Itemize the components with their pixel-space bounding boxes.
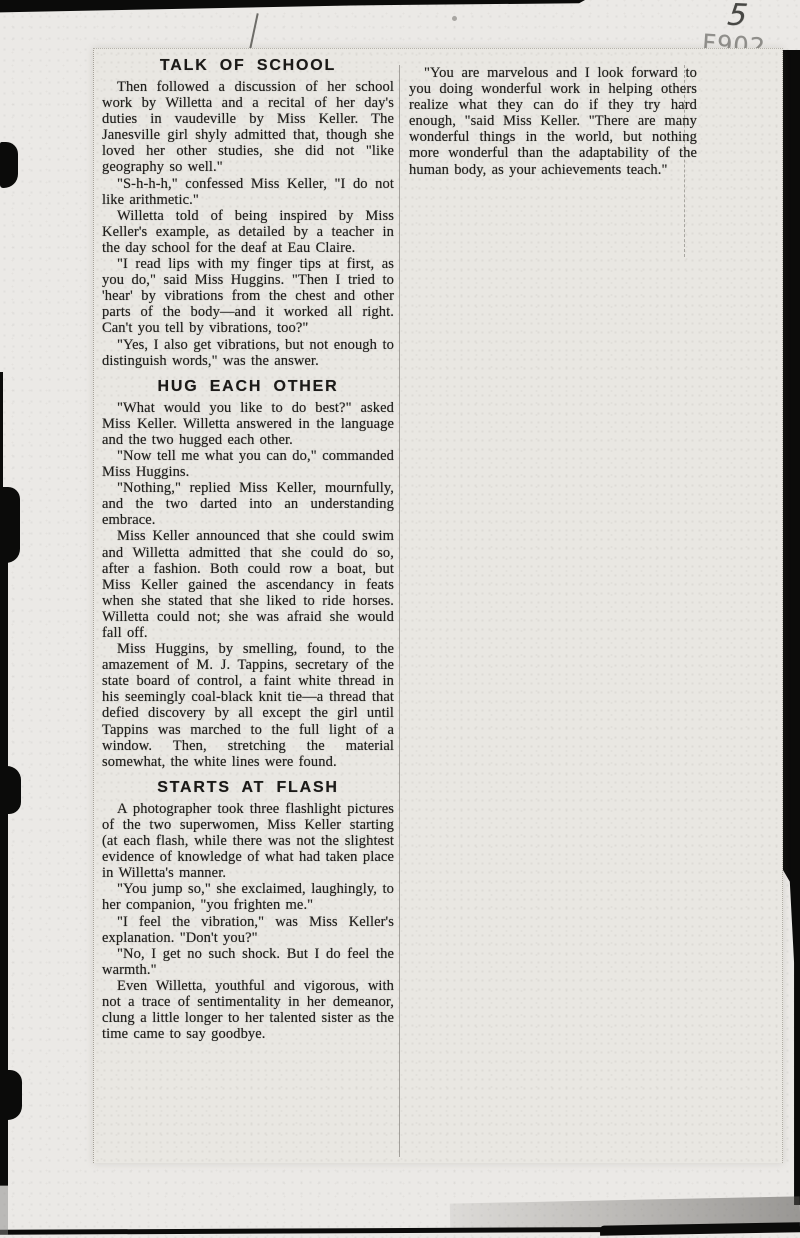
article-paragraph: "Yes, I also get vibrations, but not eno… — [102, 337, 394, 369]
scan-blob-left-2 — [0, 487, 20, 563]
scan-edge-left-strip-fade — [0, 1185, 8, 1235]
pen-slash-mark — [249, 13, 258, 49]
article-paragraph: "No, I get no such shock. But I do feel … — [102, 946, 394, 978]
article-paragraph: A photographer took three flashlight pic… — [102, 801, 394, 881]
article-paragraph: "Now tell me what you can do," commanded… — [102, 448, 394, 480]
scan-edge-bottom-line-thick — [600, 1222, 800, 1235]
article-paragraph: "You are marvelous and I look forward to… — [409, 65, 697, 178]
article-paragraph: "You jump so," she exclaimed, laughingly… — [102, 881, 394, 913]
section-heading-starts-at-flash: STARTS AT FLASH — [102, 779, 394, 797]
scan-blob-left-1 — [0, 142, 18, 188]
scanned-document-page: 5 F902 3HU 8 TALK OF SCHOOL Then followe… — [0, 0, 800, 1238]
article-right-column: "You are marvelous and I look forward to… — [399, 65, 697, 1157]
section-heading-hug-each-other: HUG EACH OTHER — [102, 378, 394, 396]
scan-edge-right-strip — [783, 50, 800, 1205]
article-paragraph: Then followed a discussion of her school… — [102, 79, 394, 176]
article-paragraph: "Nothing," replied Miss Keller, mournful… — [102, 480, 394, 528]
article-paragraph: Willetta told of being inspired by Miss … — [102, 208, 394, 256]
article-paragraph: "I feel the vibration," was Miss Keller'… — [102, 914, 394, 946]
column-rule-right-segment — [684, 65, 686, 257]
scan-blob-left-3 — [0, 766, 21, 814]
article-left-column: TALK OF SCHOOL Then followed a discussio… — [102, 55, 394, 1042]
article-paragraph: Even Willetta, youthful and vigorous, wi… — [102, 978, 394, 1042]
scan-line-left-thin — [0, 372, 3, 494]
scan-edge-top-bar — [0, 0, 585, 13]
scan-blob-left-4 — [0, 1070, 22, 1120]
article-paragraph: "S-h-h-h," confessed Miss Keller, "I do … — [102, 176, 394, 208]
section-heading-talk-of-school: TALK OF SCHOOL — [102, 57, 394, 75]
article-paragraph: Miss Huggins, by smelling, found, to the… — [102, 641, 394, 770]
article-paragraph: "What would you like to do best?" asked … — [102, 400, 394, 448]
article-paragraph: "I read lips with my finger tips at firs… — [102, 256, 394, 336]
article-paragraph: Miss Keller announced that she could swi… — [102, 528, 394, 641]
newspaper-clipping: TALK OF SCHOOL Then followed a discussio… — [93, 48, 783, 1163]
small-dot-mark — [452, 16, 457, 21]
handwritten-page-number: 5 — [726, 0, 750, 33]
